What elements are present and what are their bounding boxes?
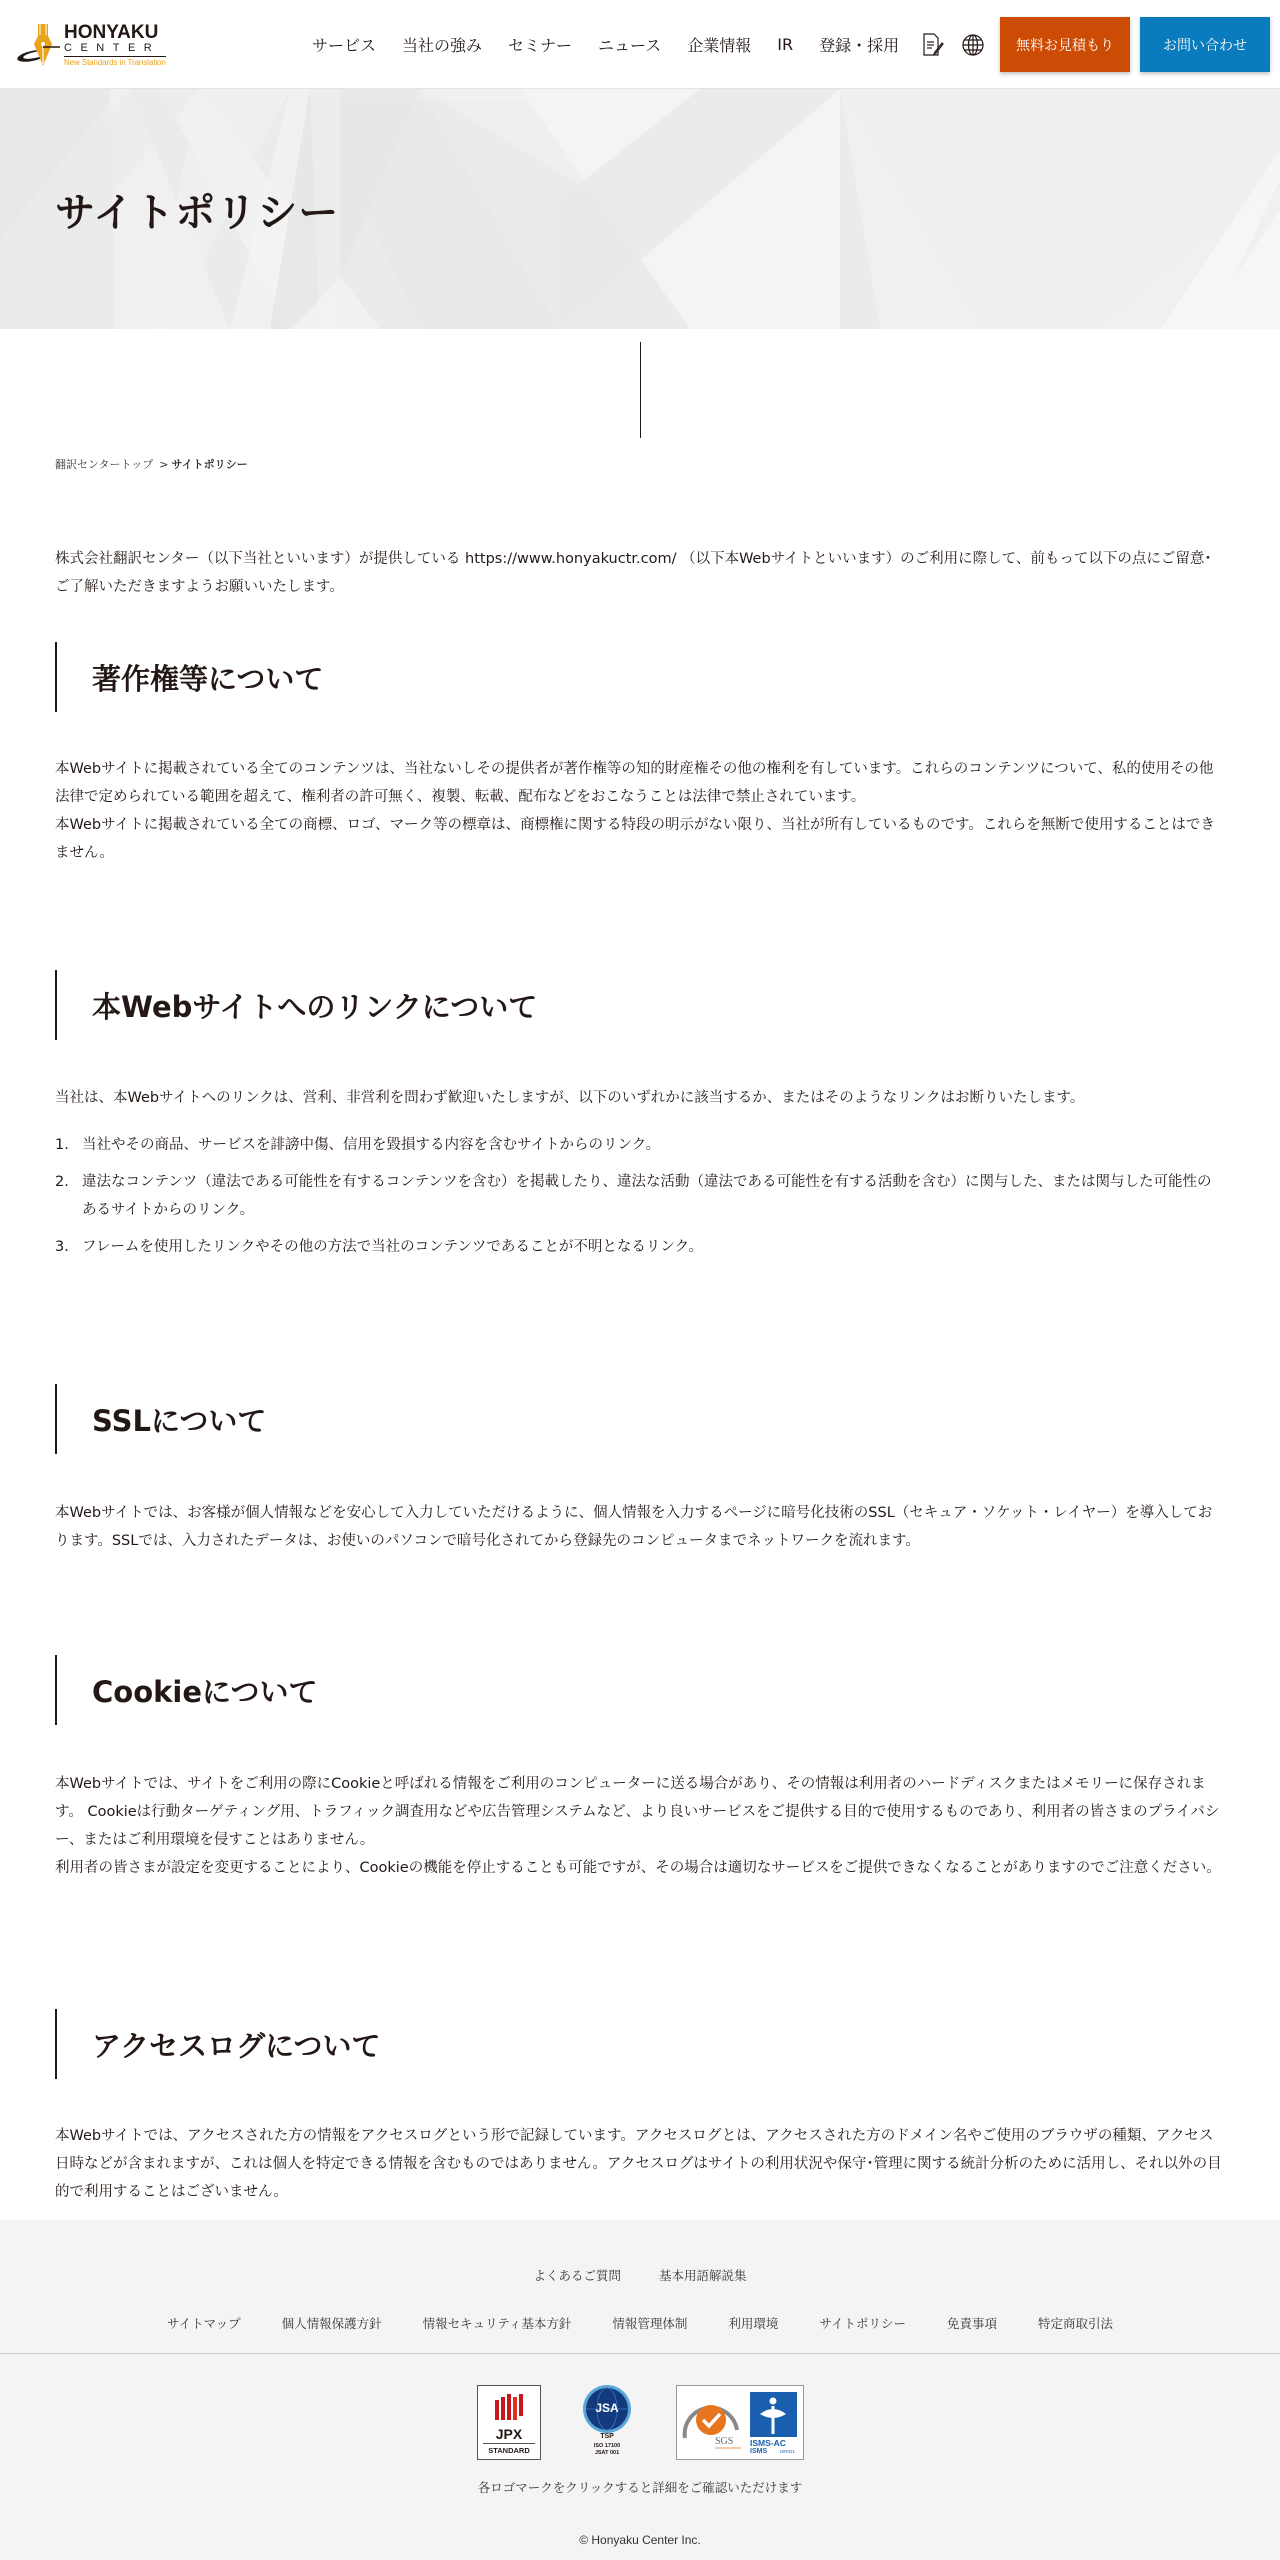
jsa-iso-text: ISO 17100	[582, 2443, 632, 2449]
sgs-check-icon	[679, 2390, 743, 2456]
section-heading-links: 本Webサイトへのリンクについて	[55, 970, 537, 1040]
footer-link-environment[interactable]: 利用環境	[728, 2314, 778, 2332]
sgs-text: SGS	[715, 2436, 733, 2447]
isms-ac-text: ISMS-AC	[750, 2438, 786, 2448]
paragraph: 本Webサイトでは、アクセスされた方の情報をアクセスログという形で記録しています…	[55, 2122, 1225, 2206]
footer-link-privacy-policy[interactable]: 個人情報保護方針	[282, 2314, 382, 2332]
paragraph: 利用者の皆さまが設定を変更することにより、Cookieの機能を停止することも可能…	[55, 1854, 1225, 1882]
site-footer: よくあるご質問 基本用語解説集 サイトマップ 個人情報保護方針 情報セキュリティ…	[0, 2220, 1280, 2560]
cert-note: 各ロゴマークをクリックすると詳細をご確認いただけます	[0, 2478, 1280, 2496]
paragraph: 本Webサイトでは、サイトをご利用の際にCookieと呼ばれる情報をご利用のコン…	[55, 1770, 1225, 1854]
footer-secondary-links: サイトマップ 個人情報保護方針 情報セキュリティ基本方針 情報管理体制 利用環境…	[0, 2314, 1280, 2332]
jpx-sub-text: STANDARD	[483, 2443, 535, 2455]
main-nav: サービス 当社の強み セミナー ニュース 企業情報 IR 登録・採用	[312, 0, 1001, 89]
free-estimate-button[interactable]: 無料お見積もり	[1000, 17, 1130, 72]
paragraph: 当社は、本Webサイトへのリンクは、営利、非営利を問わず歓迎いたしますが、以下の…	[55, 1084, 1225, 1112]
page-title: サイトポリシー	[55, 181, 339, 238]
paragraph: 本Webサイトでは、お客様が個人情報などを安心して入力していただけるように、個人…	[55, 1499, 1225, 1555]
intro-text: 株式会社翻訳センター（以下当社といいます）が提供している https://www…	[55, 545, 1225, 601]
logo-sub: CENTER	[64, 43, 166, 54]
footer-link-sitemap[interactable]: サイトマップ	[167, 2314, 241, 2332]
jpx-standard-logo[interactable]: JPX STANDARD	[477, 2385, 541, 2460]
list-item: 2.違法なコンテンツ（違法である可能性を有するコンテンツを含む）を掲載したり、違…	[55, 1168, 1225, 1224]
jsa-tsp-text: TSP	[582, 2433, 632, 2440]
logo-main: HONYAKU	[64, 23, 166, 42]
section-heading-cookie: Cookieについて	[55, 1655, 317, 1725]
breadcrumb-home[interactable]: 翻訳センタートップ	[55, 458, 153, 471]
breadcrumb-separator: >	[159, 458, 168, 471]
jsa-text: JSA	[582, 2401, 632, 2415]
section-heading-ssl: SSLについて	[55, 1384, 266, 1454]
nav-ir[interactable]: IR	[777, 35, 793, 54]
globe-icon[interactable]	[961, 33, 985, 57]
section-body-ssl: 本Webサイトでは、お客様が個人情報などを安心して入力していただけるように、個人…	[55, 1499, 1225, 1555]
paragraph: 本Webサイトに掲載されている全てのコンテンツは、当社ないしその提供者が著作権等…	[55, 755, 1225, 811]
logo-tagline: New Standards in Translation	[64, 56, 166, 67]
breadcrumb: 翻訳センタートップ>サイトポリシー	[55, 456, 248, 472]
jsa-tsp-logo[interactable]: JSA TSP ISO 17100 JSAT 001	[582, 2385, 632, 2460]
list-item: 3.フレームを使用したリンクやその他の方法で当社のコンテンツであることが不明とな…	[55, 1233, 1225, 1261]
section-body-access-log: 本Webサイトでは、アクセスされた方の情報をアクセスログという形で記録しています…	[55, 2122, 1225, 2206]
certification-logos: JPX STANDARD JSA TSP ISO 17100 JSAT 001	[0, 2383, 1280, 2459]
jsa-jsat-text: JSAT 001	[582, 2450, 632, 2456]
nav-strengths[interactable]: 当社の強み	[402, 33, 482, 56]
footer-link-info-management[interactable]: 情報管理体制	[612, 2314, 687, 2332]
breadcrumb-current: サイトポリシー	[171, 458, 247, 471]
nav-recruit[interactable]: 登録・採用	[819, 33, 899, 56]
nav-company[interactable]: 企業情報	[687, 33, 751, 56]
document-edit-icon[interactable]	[921, 33, 945, 57]
section-body-links: 当社は、本Webサイトへのリンクは、営利、非営利を問わず歓迎いたしますが、以下の…	[55, 1084, 1225, 1270]
section-heading-copyright: 著作権等について	[55, 642, 323, 712]
footer-primary-links: よくあるご質問 基本用語解説集	[0, 2266, 1280, 2284]
footer-link-glossary[interactable]: 基本用語解説集	[659, 2266, 747, 2284]
contact-button[interactable]: お問い合わせ	[1140, 17, 1270, 72]
paragraph: 本Webサイトに掲載されている全ての商標、ロゴ、マーク等の標章は、商標権に関する…	[55, 811, 1225, 867]
footer-link-site-policy[interactable]: サイトポリシー	[819, 2314, 906, 2332]
footer-link-commercial-law[interactable]: 特定商取引法	[1038, 2314, 1113, 2332]
pen-nib-logo-icon	[16, 22, 60, 68]
jpx-mark-icon	[478, 2390, 540, 2424]
section-heading-access-log: アクセスログについて	[55, 2009, 381, 2079]
hero-divider-line	[640, 342, 641, 438]
site-header: HONYAKU CENTER New Standards in Translat…	[0, 0, 1280, 89]
logo-text: HONYAKU CENTER New Standards in Translat…	[64, 23, 166, 67]
site-logo[interactable]: HONYAKU CENTER New Standards in Translat…	[16, 22, 196, 68]
nav-news[interactable]: ニュース	[598, 33, 661, 56]
prohibited-links-list: 1.当社やその商品、サービスを誹謗中傷、信用を毀損する内容を含むサイトからのリン…	[55, 1131, 1225, 1261]
list-item: 1.当社やその商品、サービスを誹謗中傷、信用を毀損する内容を含むサイトからのリン…	[55, 1131, 1225, 1159]
footer-link-security-policy[interactable]: 情報セキュリティ基本方針	[423, 2314, 572, 2332]
hero-banner: サイトポリシー	[0, 89, 1280, 329]
nav-service[interactable]: サービス	[312, 33, 376, 56]
section-body-cookie: 本Webサイトでは、サイトをご利用の際にCookieと呼ばれる情報をご利用のコン…	[55, 1770, 1225, 1882]
footer-divider	[0, 2353, 1280, 2354]
isms-text: ISMS	[750, 2448, 767, 2455]
isms-code-text: ISR021	[780, 2449, 795, 2454]
copyright: © Honyaku Center Inc.	[0, 2533, 1280, 2547]
page-main: サイトポリシー 翻訳センタートップ>サイトポリシー 株式会社翻訳センター（以下当…	[0, 89, 1280, 2309]
footer-link-faq[interactable]: よくあるご質問	[533, 2266, 621, 2284]
section-body-copyright: 本Webサイトに掲載されている全てのコンテンツは、当社ないしその提供者が著作権等…	[55, 755, 1225, 867]
nav-seminar[interactable]: セミナー	[508, 33, 572, 56]
footer-link-disclaimer[interactable]: 免責事項	[947, 2314, 997, 2332]
isms-sgs-logo[interactable]: SGS ISMS-AC ISMS ISR021	[676, 2385, 804, 2460]
isms-ac-mark-icon	[750, 2392, 797, 2437]
jpx-text: JPX	[478, 2426, 540, 2442]
